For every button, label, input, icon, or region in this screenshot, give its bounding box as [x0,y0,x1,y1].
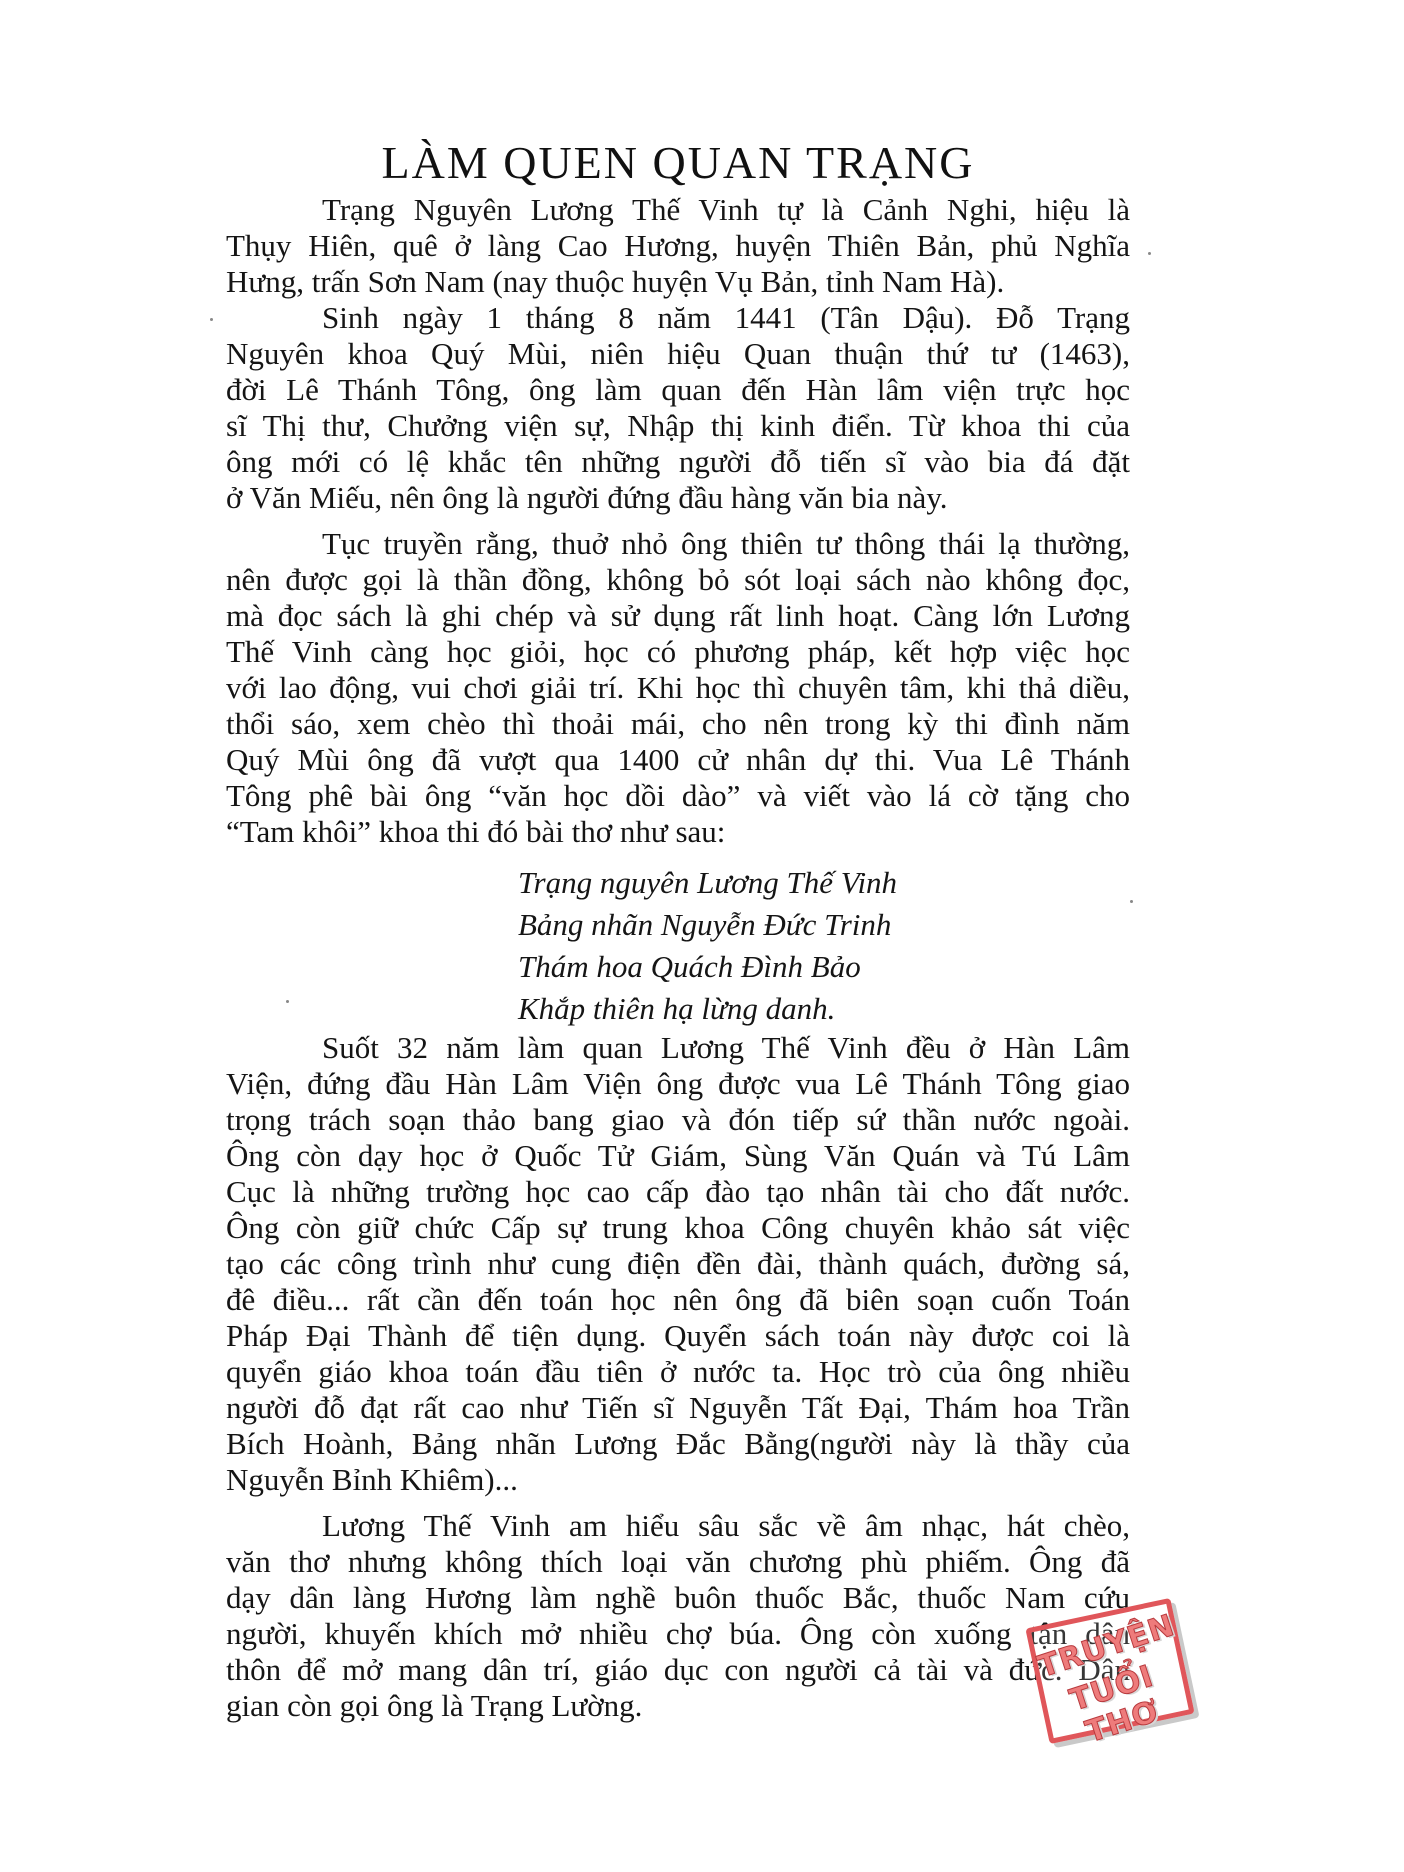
text-line: Nguyên khoa Quý Mùi, niên hiệu Quan thuậ… [226,336,1130,372]
text-line: Tông phê bài ông “văn học dồi dào” và vi… [226,778,1130,814]
paragraph-origin: Trạng Nguyên Lương Thế Vinh tự là Cảnh N… [226,192,1130,300]
text-line: với lao động, vui chơi giải trí. Khi học… [226,670,1130,706]
page-title: LÀM QUEN QUAN TRẠNG [0,138,1380,188]
scan-speck [1148,252,1151,255]
text-line: đời Lê Thánh Tông, ông làm quan đến Hàn … [226,372,1130,408]
text-line: Trạng Nguyên Lương Thế Vinh tự là Cảnh N… [226,192,1130,228]
poem-line: Trạng nguyên Lương Thế Vinh [518,862,1130,904]
text-line: Cục là những trường học cao cấp đào tạo … [226,1174,1130,1210]
text-line: Ông còn dạy học ở Quốc Tử Giám, Sùng Văn… [226,1138,1130,1174]
text-line: ở Văn Miếu, nên ông là người đứng đầu hà… [226,480,1130,516]
text-line: Ông còn giữ chức Cấp sự trung khoa Công … [226,1210,1130,1246]
text-line: Suốt 32 năm làm quan Lương Thế Vinh đều … [226,1030,1130,1066]
text-line: nên được gọi là thần đồng, không bỏ sót … [226,562,1130,598]
text-line: Bích Hoành, Bảng nhãn Lương Đắc Bằng(ngư… [226,1426,1130,1462]
poem-line: Bảng nhãn Nguyễn Đức Trinh [518,904,1130,946]
paragraph-culture: Lương Thế Vinh am hiểu sâu sắc về âm nhạ… [226,1508,1130,1724]
text-line: Quý Mùi ông đã vượt qua 1400 cử nhân dự … [226,742,1130,778]
paragraph-spacer [226,1498,1130,1508]
text-line: trọng trách soạn thảo bang giao và đón t… [226,1102,1130,1138]
paragraph-birth-career: Sinh ngày 1 tháng 8 năm 1441 (Tân Dậu). … [226,300,1130,516]
paragraph-spacer [226,516,1130,526]
text-line: Hưng, trấn Sơn Nam (nay thuộc huyện Vụ B… [226,264,1130,300]
paragraph-official-career: Suốt 32 năm làm quan Lương Thế Vinh đều … [226,1030,1130,1498]
text-line: Nguyễn Bỉnh Khiêm)... [226,1462,1130,1498]
text-line: Thế Vinh càng học giỏi, học có phương ph… [226,634,1130,670]
text-line: thôn để mở mang dân trí, giáo dục con ng… [226,1652,1130,1688]
article-body: Trạng Nguyên Lương Thế Vinh tự là Cảnh N… [226,192,1130,1724]
text-line: Tục truyền rằng, thuở nhỏ ông thiên tư t… [226,526,1130,562]
text-line: mà đọc sách là ghi chép và sử dụng rất l… [226,598,1130,634]
text-line: Thụy Hiên, quê ở làng Cao Hương, huyện T… [226,228,1130,264]
poem-line: Khắp thiên hạ lừng danh. [518,988,1130,1030]
text-line: sĩ Thị thư, Chưởng viện sự, Nhập thị kin… [226,408,1130,444]
document-page: LÀM QUEN QUAN TRẠNG Trạng Nguyên Lương T… [0,0,1404,1872]
scan-speck [286,1000,289,1003]
text-line: thổi sáo, xem chèo thì thoải mái, cho nê… [226,706,1130,742]
text-line: tạo các công trình như cung điện đền đài… [226,1246,1130,1282]
text-line: người đỗ đạt rất cao như Tiến sĩ Nguyễn … [226,1390,1130,1426]
poem-line: Thám hoa Quách Đình Bảo [518,946,1130,988]
paragraph-childhood: Tục truyền rằng, thuở nhỏ ông thiên tư t… [226,526,1130,850]
text-line: Sinh ngày 1 tháng 8 năm 1441 (Tân Dậu). … [226,300,1130,336]
text-line: gian còn gọi ông là Trạng Lường. [226,1688,1130,1724]
poem-block: Trạng nguyên Lương Thế Vinh Bảng nhãn Ng… [226,862,1130,1030]
text-line: ông mới có lệ khắc tên những người đỗ ti… [226,444,1130,480]
scan-speck [210,318,213,321]
scan-speck [1130,900,1133,903]
text-line: dạy dân làng Hương làm nghề buôn thuốc B… [226,1580,1130,1616]
text-line: văn thơ nhưng không thích loại văn chươn… [226,1544,1130,1580]
text-line: đê điều... rất cần đến toán học nên ông … [226,1282,1130,1318]
text-line: “Tam khôi” khoa thi đó bài thơ như sau: [226,814,1130,850]
text-line: quyển giáo khoa toán đầu tiên ở nước ta.… [226,1354,1130,1390]
text-line: Lương Thế Vinh am hiểu sâu sắc về âm nhạ… [226,1508,1130,1544]
text-line: người, khuyến khích mở nhiều chợ búa. Ôn… [226,1616,1130,1652]
poem-spacer [226,850,1130,862]
text-line: Pháp Đại Thành để tiện dụng. Quyển sách … [226,1318,1130,1354]
text-line: Viện, đứng đầu Hàn Lâm Viện ông được vua… [226,1066,1130,1102]
